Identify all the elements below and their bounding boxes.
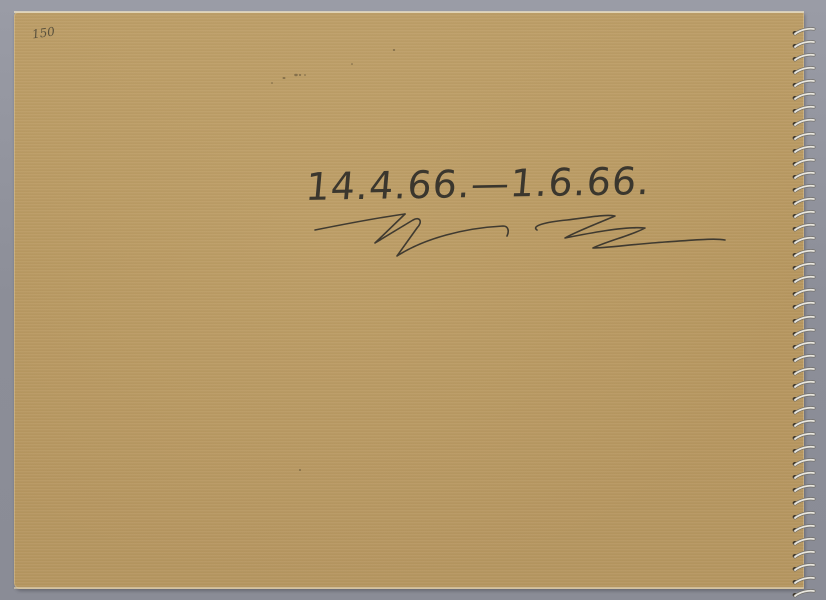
spiral-coil [790,375,816,385]
spiral-coil [790,192,816,202]
signature-scribble [305,208,745,268]
spiral-coil [790,113,816,123]
spiral-coil [790,61,816,71]
spiral-coil [790,427,816,437]
spiral-coil [790,270,816,280]
spiral-coil [790,440,816,450]
spiral-coil [790,100,816,110]
spiral-coil [790,466,816,476]
spiral-coil [790,362,816,372]
spiral-coil [790,244,816,254]
spiral-coil [790,48,816,58]
cover-top-edge [14,11,804,13]
spiral-coil [790,166,816,176]
spiral-coil [790,310,816,320]
spiral-coil [790,179,816,189]
spiral-coil [790,532,816,542]
spiral-coil [790,87,816,97]
spiral-coil [790,519,816,529]
spiral-coil [790,414,816,424]
spiral-coil [790,257,816,267]
spiral-coil [790,453,816,463]
spiral-coil [790,231,816,241]
notebook-cover [14,12,804,589]
spiral-coil [790,127,816,137]
spiral-coil [790,35,816,45]
spiral-coil [790,283,816,293]
spiral-binding [790,14,816,589]
spiral-coil [790,558,816,568]
spiral-coil [790,140,816,150]
spiral-coil [790,401,816,411]
spiral-coil [790,205,816,215]
spiral-coil [790,584,816,594]
spiral-coil [790,349,816,359]
spiral-coil [790,218,816,228]
spiral-coil [790,492,816,502]
spiral-coil [790,153,816,163]
spiral-coil [790,571,816,581]
spiral-coil [790,336,816,346]
spiral-coil [790,22,816,32]
spiral-coil [790,388,816,398]
date-range-handwriting: 14.4.66.—1.6.66. [304,159,653,209]
spiral-coil [790,74,816,84]
spiral-coil [790,296,816,306]
cover-bottom-edge [14,587,804,589]
spiral-coil [790,479,816,489]
spiral-coil [790,506,816,516]
spiral-coil [790,545,816,555]
spiral-coil [790,323,816,333]
